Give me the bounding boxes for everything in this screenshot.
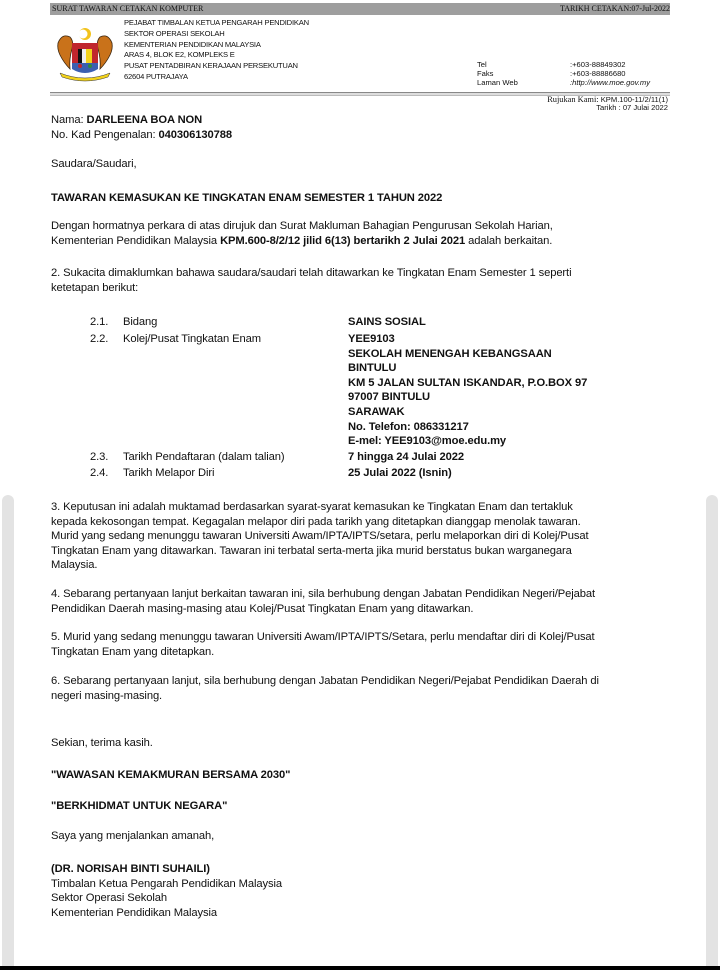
web-link[interactable]: :http://www.moe.gov.my: [570, 79, 650, 88]
paragraph-1: Dengan hormatnya perkara di atas dirujuk…: [51, 219, 553, 248]
name-label: Nama:: [51, 114, 83, 126]
signatory-name: (DR. NORISAH BINTI SUHAILI): [51, 862, 282, 877]
detail-label: Tarikh Melapor Diri: [123, 466, 348, 481]
letter-date: Tarikh : 07 Julai 2022: [547, 104, 668, 112]
paragraph-5-line: 5. Murid yang sedang menunggu tawaran Un…: [51, 630, 595, 645]
signatory-sector: Sektor Operasi Sekolah: [51, 891, 282, 906]
detail-label: Bidang: [123, 315, 348, 330]
paragraph-6-line: 6. Sebarang pertanyaan lanjut, sila berh…: [51, 674, 599, 689]
detail-label: Tarikh Pendaftaran (dalam talian): [123, 450, 348, 465]
reference-block: Rujukan Kami: KPM.100-11/2/11(1) Tarikh …: [547, 96, 668, 112]
detail-row-registration: 2.3. Tarikh Pendaftaran (dalam talian) 7…: [90, 450, 464, 465]
malaysia-coat-of-arms-icon: [52, 25, 118, 83]
detail-value: YEE9103 SEKOLAH MENENGAH KEBANGSAAN BINT…: [348, 332, 587, 449]
college-email: E-mel: YEE9103@moe.edu.my: [348, 434, 587, 449]
paragraph-6: 6. Sebarang pertanyaan lanjut, sila berh…: [51, 674, 599, 703]
paragraph-3-line: 3. Keputusan ini adalah muktamad berdasa…: [51, 500, 589, 515]
college-address: KM 5 JALAN SULTAN ISKANDAR, P.O.BOX 97: [348, 376, 587, 391]
agency-line: SEKTOR OPERASI SEKOLAH: [124, 29, 309, 40]
print-header-bar: SURAT TAWARAN CETAKAN KOMPUTER TARIKH CE…: [50, 3, 670, 15]
recipient-block: Nama: DARLEENA BOA NON No. Kad Pengenala…: [51, 113, 232, 142]
paragraph-5-line: Tingkatan Enam yang ditetapkan.: [51, 645, 595, 660]
agency-line: ARAS 4, BLOK E2, KOMPLEKS E: [124, 50, 309, 61]
detail-number: 2.2.: [90, 332, 123, 449]
detail-number: 2.1.: [90, 315, 123, 330]
paragraph-3: 3. Keputusan ini adalah muktamad berdasa…: [51, 500, 589, 573]
paragraph-1-text: Kementerian Pendidikan Malaysia: [51, 235, 220, 247]
paragraph-2: 2. Sukacita dimaklumkan bahawa saudara/s…: [51, 266, 571, 295]
paragraph-3-line: Malaysia.: [51, 558, 589, 573]
ic-label: No. Kad Pengenalan:: [51, 129, 155, 141]
college-state: SARAWAK: [348, 405, 587, 420]
salutation: Saudara/Saudari,: [51, 157, 136, 172]
reference-circular: KPM.600-8/2/12 jilid 6(13) bertarikh 2 J…: [220, 235, 465, 247]
college-phone: No. Telefon: 086331217: [348, 420, 587, 435]
print-date: TARIKH CETAKAN:07-Jul-2022: [560, 4, 670, 13]
paragraph-6-line: negeri masing-masing.: [51, 689, 599, 704]
contact-block: Tel:+603-88849302 Faks:+603-88886680 Lam…: [477, 61, 650, 87]
detail-number: 2.3.: [90, 450, 123, 465]
print-label: SURAT TAWARAN CETAKAN KOMPUTER: [52, 4, 203, 13]
bottom-bar: [0, 966, 720, 970]
college-name: SEKOLAH MENENGAH KEBANGSAAN: [348, 347, 587, 362]
detail-label: Kolej/Pusat Tingkatan Enam: [123, 332, 348, 449]
detail-value: SAINS SOSIAL: [348, 315, 426, 330]
subject-heading: TAWARAN KEMASUKAN KE TINGKATAN ENAM SEME…: [51, 191, 442, 206]
detail-row-college: 2.2. Kolej/Pusat Tingkatan Enam YEE9103 …: [90, 332, 587, 449]
paragraph-3-line: kepada kekosongan tempat. Kegagalan mela…: [51, 515, 589, 530]
paragraph-4-line: Pendidikan Daerah masing-masing atau Kol…: [51, 602, 595, 617]
paragraph-4: 4. Sebarang pertanyaan lanjut berkaitan …: [51, 587, 595, 616]
detail-value: 7 hingga 24 Julai 2022: [348, 450, 464, 465]
paragraph-1-text: adalah berkaitan.: [465, 235, 552, 247]
agency-line: KEMENTERIAN PENDIDIKAN MALAYSIA: [124, 40, 309, 51]
agency-line: PUSAT PENTADBIRAN KERAJAAN PERSEKUTUAN: [124, 61, 309, 72]
college-code: YEE9103: [348, 332, 587, 347]
college-name: BINTULU: [348, 361, 587, 376]
agency-line: PEJABAT TIMBALAN KETUA PENGARAH PENDIDIK…: [124, 18, 309, 29]
paragraph-3-line: Tingkatan Enam yang ditawarkan. Tawaran …: [51, 544, 589, 559]
detail-row-field: 2.1. Bidang SAINS SOSIAL: [90, 315, 426, 330]
web-label: Laman Web: [477, 79, 570, 88]
paragraph-3-line: Murid yang sedang menunggu tawaran Unive…: [51, 529, 589, 544]
detail-value: 25 Julai 2022 (Isnin): [348, 466, 452, 481]
paragraph-2-line: ketetapan berikut:: [51, 281, 571, 296]
motto-service: "BERKHIDMAT UNTUK NEGARA": [51, 799, 227, 814]
motto-vision: "WAWASAN KEMAKMURAN BERSAMA 2030": [51, 768, 290, 783]
closing-thanks: Sekian, terima kasih.: [51, 736, 153, 751]
signatory-title: Timbalan Ketua Pengarah Pendidikan Malay…: [51, 877, 282, 892]
detail-row-report: 2.4. Tarikh Melapor Diri 25 Julai 2022 (…: [90, 466, 452, 481]
right-scroll-edge: [706, 495, 718, 970]
paragraph-2-line: 2. Sukacita dimaklumkan bahawa saudara/s…: [51, 266, 571, 281]
paragraph-1-line: Dengan hormatnya perkara di atas dirujuk…: [51, 219, 553, 234]
paragraph-4-line: 4. Sebarang pertanyaan lanjut berkaitan …: [51, 587, 595, 602]
signatory-ministry: Kementerian Pendidikan Malaysia: [51, 906, 282, 921]
recipient-ic: 040306130788: [158, 129, 231, 141]
paragraph-5: 5. Murid yang sedang menunggu tawaran Un…: [51, 630, 595, 659]
detail-number: 2.4.: [90, 466, 123, 481]
agency-address: PEJABAT TIMBALAN KETUA PENGARAH PENDIDIK…: [124, 18, 309, 83]
left-scroll-edge: [2, 495, 14, 970]
agency-line: 62604 PUTRAJAYA: [124, 72, 309, 83]
recipient-name: DARLEENA BOA NON: [86, 114, 202, 126]
closing-trust: Saya yang menjalankan amanah,: [51, 829, 214, 844]
reference-label: Rujukan Kami:: [547, 95, 598, 104]
signature-block: (DR. NORISAH BINTI SUHAILI) Timbalan Ket…: [51, 862, 282, 920]
college-address: 97007 BINTULU: [348, 390, 587, 405]
